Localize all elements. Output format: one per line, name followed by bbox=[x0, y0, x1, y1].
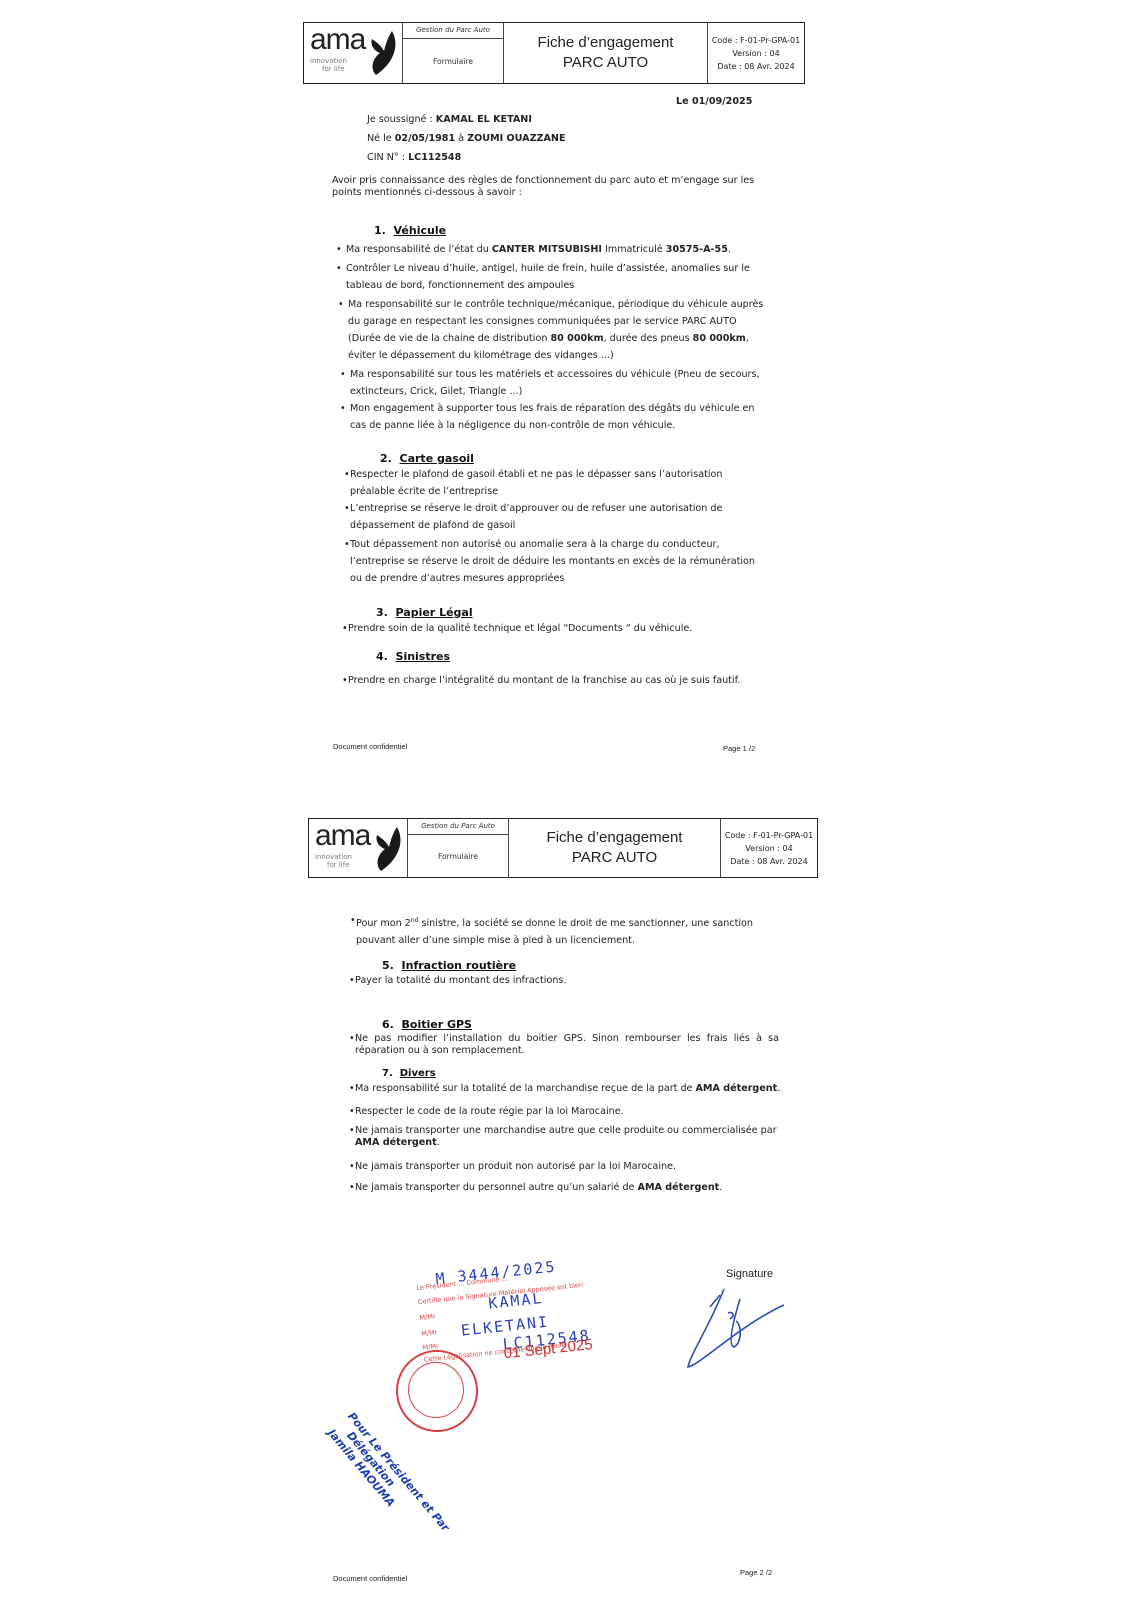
list-item: •Ne pas modifier l’installation du boiti… bbox=[355, 1033, 779, 1057]
page-number: Page 1 /2 bbox=[723, 744, 755, 753]
list-item: •L’entreprise se réserve le droit d’appr… bbox=[350, 500, 764, 534]
list-item: •Respecter le plafond de gasoil établi e… bbox=[350, 466, 764, 500]
doc-version: Version : 04 bbox=[732, 47, 779, 60]
header-doc-type: Formulaire bbox=[408, 835, 508, 877]
document-header: ama innovation for life Gestion du Parc … bbox=[303, 22, 805, 84]
intro-paragraph: Avoir pris connaissance des règles de fo… bbox=[332, 175, 772, 199]
signature-scribble-icon bbox=[680, 1285, 790, 1375]
logo-tagline: innovation bbox=[315, 853, 352, 861]
header-doc-type: Formulaire bbox=[403, 39, 503, 83]
list-item: •Pour mon 2nd sinistre, la société se do… bbox=[356, 912, 780, 949]
list-item: •Ma responsabilité de l’état du CANTER M… bbox=[346, 241, 766, 258]
logo-text: ama bbox=[315, 819, 370, 853]
footer-confidential: Document confidentiel bbox=[333, 1574, 407, 1583]
list-item: •Ma responsabilité sur le contrôle techn… bbox=[348, 296, 766, 364]
doc-date: Date : 08 Avr. 2024 bbox=[717, 60, 794, 73]
list-item: •Respecter le code de la route régie par… bbox=[355, 1103, 783, 1120]
employee-name: KAMAL EL KETANI bbox=[436, 114, 532, 125]
doc-code: Code : F-01-Pr-GPA-01 bbox=[712, 34, 800, 47]
list-item: •Ne jamais transporter une marchandise a… bbox=[355, 1125, 783, 1149]
logo-tagline: for life bbox=[322, 65, 345, 73]
list-item: •Ma responsabilité sur la totalité de la… bbox=[355, 1080, 783, 1097]
list-item: •Payer la totalité du montant des infrac… bbox=[355, 972, 779, 989]
list-item: •Ne jamais transporter du personnel autr… bbox=[355, 1179, 783, 1196]
cin-line: CIN N° : LC112548 bbox=[367, 152, 461, 163]
document-title: Fiche d’engagement PARC AUTO bbox=[504, 23, 708, 83]
list-item: •Mon engagement à supporter tous les fra… bbox=[350, 400, 766, 434]
company-logo: ama innovation for life bbox=[309, 819, 408, 877]
list-item: •Prendre soin de la qualité technique et… bbox=[348, 620, 768, 637]
section-heading: 3. Papier Légal bbox=[376, 606, 473, 619]
logo-text: ama bbox=[310, 23, 365, 57]
document-date: Le 01/09/2025 bbox=[676, 96, 752, 107]
logo-tagline: innovation bbox=[310, 57, 347, 65]
birth-line: Né le 02/05/1981 à ZOUMI OUAZZANE bbox=[367, 133, 566, 144]
soussigne-line: Je soussigné : KAMAL EL KETANI bbox=[367, 114, 532, 125]
official-seal-icon bbox=[396, 1350, 478, 1432]
doc-code: Code : F-01-Pr-GPA-01 bbox=[725, 829, 813, 842]
logo-tagline: for life bbox=[327, 861, 350, 869]
section-heading: 7. Divers bbox=[382, 1068, 436, 1079]
section-heading: 6. Boitier GPS bbox=[382, 1018, 472, 1031]
list-item: •Tout dépassement non autorisé ou anomal… bbox=[350, 536, 764, 587]
section-heading: 4. Sinistres bbox=[376, 650, 450, 663]
header-category: Gestion du Parc Auto bbox=[403, 23, 503, 39]
leaf-icon bbox=[369, 825, 403, 873]
list-item: •Prendre en charge l’intégralité du mont… bbox=[348, 672, 768, 689]
leaf-icon bbox=[364, 29, 398, 77]
page-number: Page 2 /2 bbox=[740, 1568, 772, 1577]
doc-date: Date : 08 Avr. 2024 bbox=[730, 855, 807, 868]
list-item: •Contrôler Le niveau d’huile, antigel, h… bbox=[346, 260, 766, 294]
document-header: ama innovation for life Gestion du Parc … bbox=[308, 818, 818, 878]
footer-confidential: Document confidentiel bbox=[333, 742, 407, 751]
document-meta: Code : F-01-Pr-GPA-01 Version : 04 Date … bbox=[721, 819, 817, 877]
header-category: Gestion du Parc Auto bbox=[408, 819, 508, 835]
list-item: •Ma responsabilité sur tous les matériel… bbox=[350, 366, 766, 400]
page-1: ama innovation for life Gestion du Parc … bbox=[0, 0, 1131, 800]
document-title: Fiche d’engagement PARC AUTO bbox=[509, 819, 721, 877]
section-heading: 1. Véhicule bbox=[374, 224, 446, 237]
company-logo: ama innovation for life bbox=[304, 23, 403, 83]
list-item: •Ne jamais transporter un produit non au… bbox=[355, 1158, 783, 1175]
section-heading: 2. Carte gasoil bbox=[380, 452, 474, 465]
doc-version: Version : 04 bbox=[745, 842, 792, 855]
signature-label: Signature bbox=[726, 1268, 773, 1280]
section-heading: 5. Infraction routière bbox=[382, 959, 516, 972]
document-meta: Code : F-01-Pr-GPA-01 Version : 04 Date … bbox=[708, 23, 804, 83]
